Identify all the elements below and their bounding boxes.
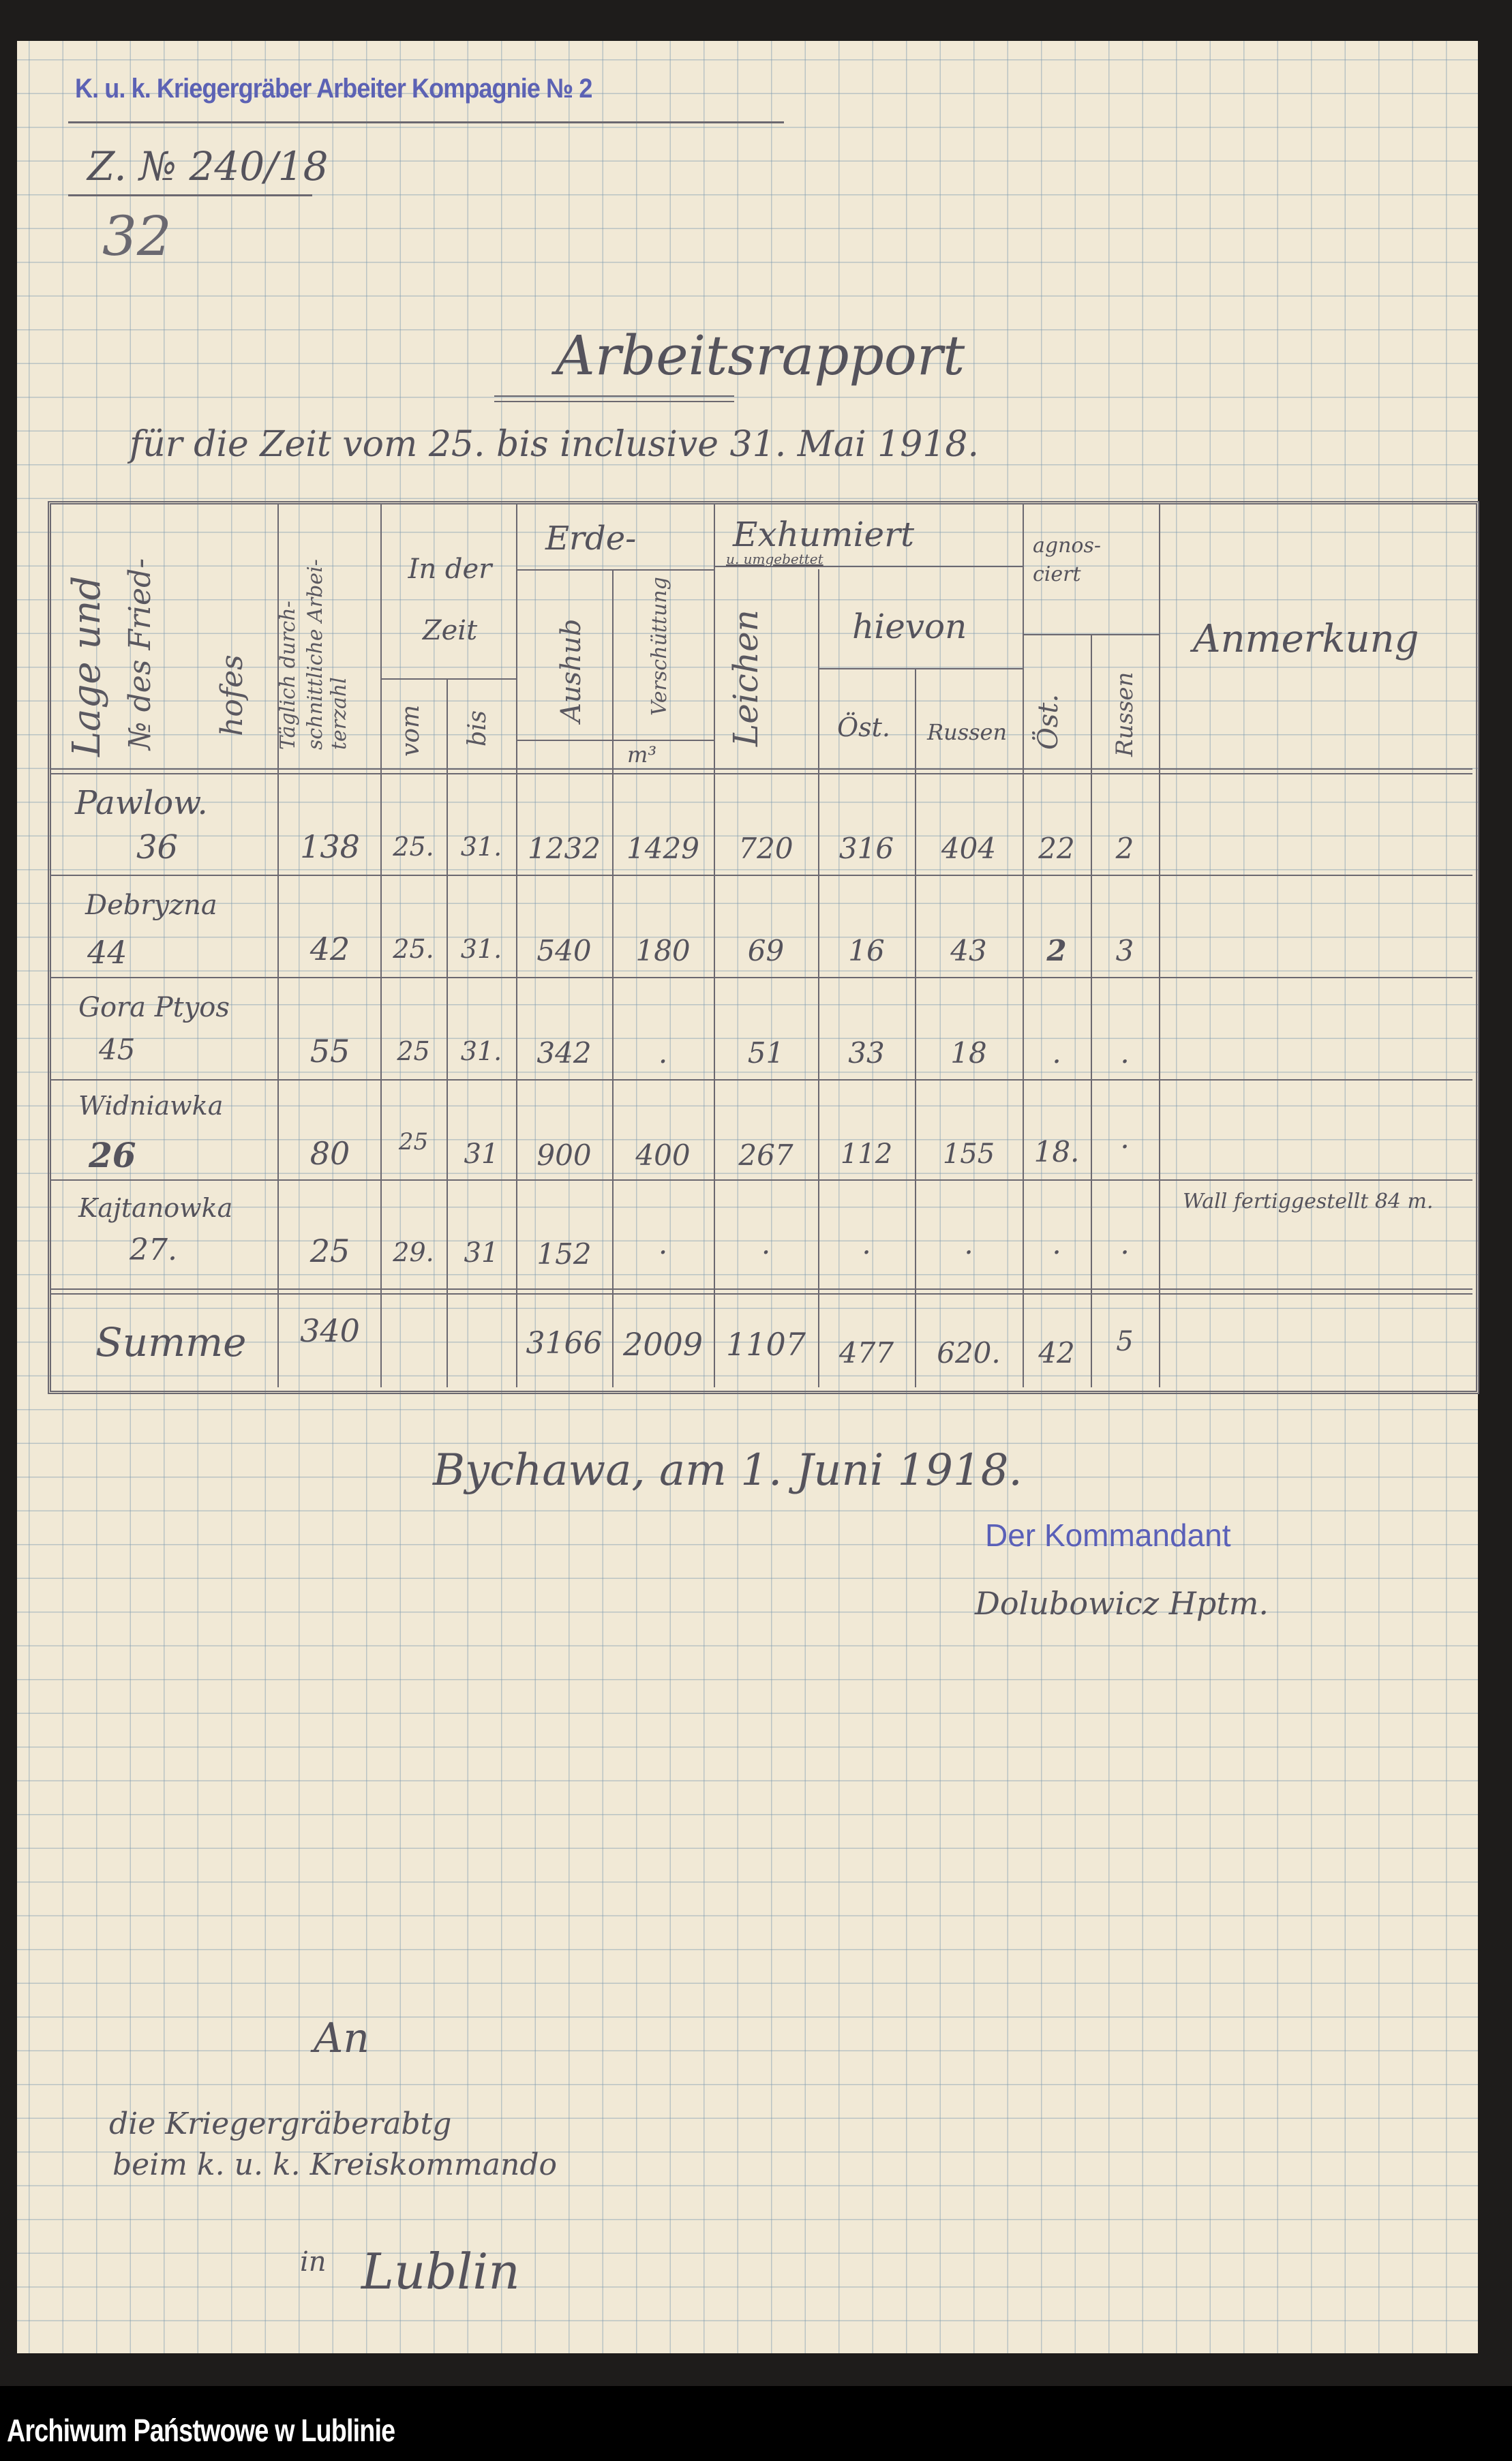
col-line <box>612 569 614 1387</box>
col-line <box>915 668 916 1387</box>
title-double-underline <box>494 395 734 397</box>
row-4-aust: . <box>818 1227 915 1260</box>
row-1-aust: 16 <box>818 934 915 967</box>
total-workers: 340 <box>279 1312 380 1349</box>
row-2-to: 31. <box>447 1036 516 1066</box>
commander-signature: Dolubowicz Hptm. <box>975 1585 1269 1622</box>
row-4-russ: . <box>915 1227 1023 1260</box>
col-line <box>447 678 448 1387</box>
col-line <box>1159 504 1160 1387</box>
address-in: in <box>300 2246 327 2278</box>
row-4-number: 27. <box>130 1233 177 1267</box>
row-3-name: Widniawka <box>78 1091 223 1121</box>
commander-stamp: Der Kommandant <box>985 1517 1231 1554</box>
header-workers-2: schnittliche Arbei- <box>303 559 327 750</box>
row-2-agn-aust: . <box>1023 1036 1091 1070</box>
row-0-agn-aust: 22 <box>1023 832 1091 865</box>
header-exhumed: Exhumiert <box>733 515 914 554</box>
row-3-bodies: 267 <box>714 1138 818 1172</box>
title-double-underline-2 <box>494 401 734 402</box>
header-unit: m³ <box>627 742 656 768</box>
row-line <box>818 668 1023 669</box>
row-1-agn-aust: 2 <box>1023 934 1091 967</box>
header-location-3: hofes <box>215 654 250 736</box>
page-title: Arbeitsrapport <box>556 324 965 387</box>
header-exhumed-sub: u. umgebettet <box>726 551 823 567</box>
row-3-to: 31 <box>447 1138 516 1170</box>
row-2-agn-russ: . <box>1091 1036 1159 1070</box>
row-3-aust: 112 <box>818 1138 915 1170</box>
row-4-workers: 25 <box>279 1233 380 1269</box>
company-stamp: K. u. k. Kriegergräber Arbeiter Kompagni… <box>75 74 592 104</box>
row-0-to: 31. <box>447 832 516 862</box>
row-2-number: 45 <box>99 1033 135 1066</box>
header-earth: Erde- <box>545 519 636 558</box>
total-excavation: 3166 <box>516 1326 612 1361</box>
row-0-aust: 316 <box>818 832 915 865</box>
row-2-backfill: . <box>612 1036 714 1070</box>
row-0-from: 25. <box>380 832 447 862</box>
row-line <box>51 875 1472 876</box>
row-2-aust: 33 <box>818 1036 915 1070</box>
row-0-workers: 138 <box>279 828 380 865</box>
header-excavation: Aushub <box>556 619 587 723</box>
row-2-name: Gora Ptyos <box>78 992 230 1023</box>
row-2-excavation: 342 <box>516 1036 612 1070</box>
row-2-workers: 55 <box>279 1033 380 1070</box>
row-1-to: 31. <box>447 934 516 964</box>
row-0-backfill: 1429 <box>612 832 714 865</box>
header-agnoscated: agnos-ciert <box>1033 532 1128 589</box>
row-line <box>51 1179 1472 1181</box>
header-remarks: Anmerkung <box>1193 617 1419 661</box>
total-backfill: 2009 <box>612 1326 714 1363</box>
row-1-russ: 43 <box>915 934 1023 967</box>
row-line <box>516 569 714 571</box>
row-3-number: 26 <box>89 1135 136 1175</box>
row-4-remarks: Wall fertiggestellt 84 m. <box>1183 1186 1469 1218</box>
header-backfill: Verschüttung <box>648 577 671 716</box>
row-4-bodies: . <box>714 1227 818 1260</box>
header-agn-russ: Russen <box>1111 672 1138 757</box>
address-to: An <box>314 2014 369 2062</box>
header-workers-1: Täglich durch- <box>276 601 300 750</box>
archive-footer: Archiwum Państwowe w Lublinie <box>0 2386 1512 2461</box>
row-3-agn-russ: . <box>1091 1121 1159 1155</box>
header-location-2: № des Fried- <box>123 558 157 750</box>
header-period-to: bis <box>464 710 492 746</box>
col-line <box>818 569 819 1387</box>
reference-number: Z. № 240/18 <box>87 143 329 190</box>
total-separator <box>51 1288 1472 1295</box>
row-line <box>516 740 714 741</box>
row-line <box>1023 634 1159 635</box>
stamp-underline <box>68 121 784 123</box>
row-4-from: 29. <box>380 1237 447 1267</box>
report-period: für die Zeit vom 25. bis inclusive 31. M… <box>130 424 979 465</box>
page-number: 32 <box>102 205 172 268</box>
total-aust: 477 <box>818 1336 915 1370</box>
row-3-from: 25 <box>380 1128 447 1156</box>
header-workers-3: terzahl <box>327 677 351 750</box>
row-1-backfill: 180 <box>612 934 714 967</box>
row-1-name: Debryzna <box>85 890 217 921</box>
row-1-workers: 42 <box>279 931 380 967</box>
total-bodies: 1107 <box>714 1326 818 1363</box>
row-3-russ: 155 <box>915 1138 1023 1170</box>
header-period: In der Zeit <box>399 539 501 661</box>
row-0-excavation: 1232 <box>516 832 612 865</box>
col-line <box>1091 634 1092 1387</box>
row-2-russ: 18 <box>915 1036 1023 1070</box>
row-4-excavation: 152 <box>516 1237 612 1271</box>
row-line <box>51 1079 1472 1081</box>
row-4-agn-aust: . <box>1023 1227 1091 1260</box>
row-1-agn-russ: 3 <box>1091 934 1159 967</box>
total-russ: 620. <box>915 1336 1023 1370</box>
place-date: Bychawa, am 1. Juni 1918. <box>433 1445 1023 1496</box>
header-of-which-aust: Öst. <box>837 712 890 742</box>
row-3-workers: 80 <box>279 1135 380 1172</box>
total-agn-aust: 42 <box>1023 1336 1091 1370</box>
row-3-backfill: 400 <box>612 1138 714 1172</box>
header-separator <box>51 768 1472 774</box>
row-1-from: 25. <box>380 934 447 964</box>
row-line <box>51 977 1472 978</box>
row-0-agn-russ: 2 <box>1091 832 1159 865</box>
header-agn-aust: Öst. <box>1033 694 1064 750</box>
row-4-to: 31 <box>447 1237 516 1269</box>
address-city: Lublin <box>361 2243 520 2300</box>
row-0-russ: 404 <box>915 832 1023 865</box>
row-0-number: 36 <box>136 828 178 866</box>
row-1-number: 44 <box>87 934 127 971</box>
row-4-agn-russ: . <box>1091 1227 1159 1260</box>
row-3-agn-aust: 18. <box>1023 1135 1091 1168</box>
row-0-name: Pawlow. <box>75 784 208 822</box>
row-4-name: Kajtanowka <box>78 1193 232 1223</box>
row-3-excavation: 900 <box>516 1138 612 1172</box>
archive-name: Archiwum Państwowe w Lublinie <box>7 2412 395 2449</box>
total-agn-russ: 5 <box>1091 1326 1159 1357</box>
header-period-from: vom <box>397 705 425 757</box>
row-1-excavation: 540 <box>516 934 612 967</box>
row-1-bodies: 69 <box>714 934 818 967</box>
row-2-from: 25 <box>380 1036 447 1066</box>
row-0-bodies: 720 <box>714 832 818 865</box>
address-line-2: beim k. u. k. Kreiskommando <box>112 2147 557 2182</box>
row-line <box>380 678 516 680</box>
header-bodies: Leichen <box>726 609 766 746</box>
header-of-which-russ: Russen <box>927 719 1007 745</box>
row-4-backfill: . <box>612 1227 714 1260</box>
header-of-which: hievon <box>852 607 967 646</box>
header-location-1: Lage und <box>65 576 109 757</box>
row-2-bodies: 51 <box>714 1036 818 1070</box>
total-label: Summe <box>95 1319 246 1365</box>
reference-underline <box>68 194 312 196</box>
address-line-1: die Kriegergräberabtg <box>109 2107 451 2141</box>
